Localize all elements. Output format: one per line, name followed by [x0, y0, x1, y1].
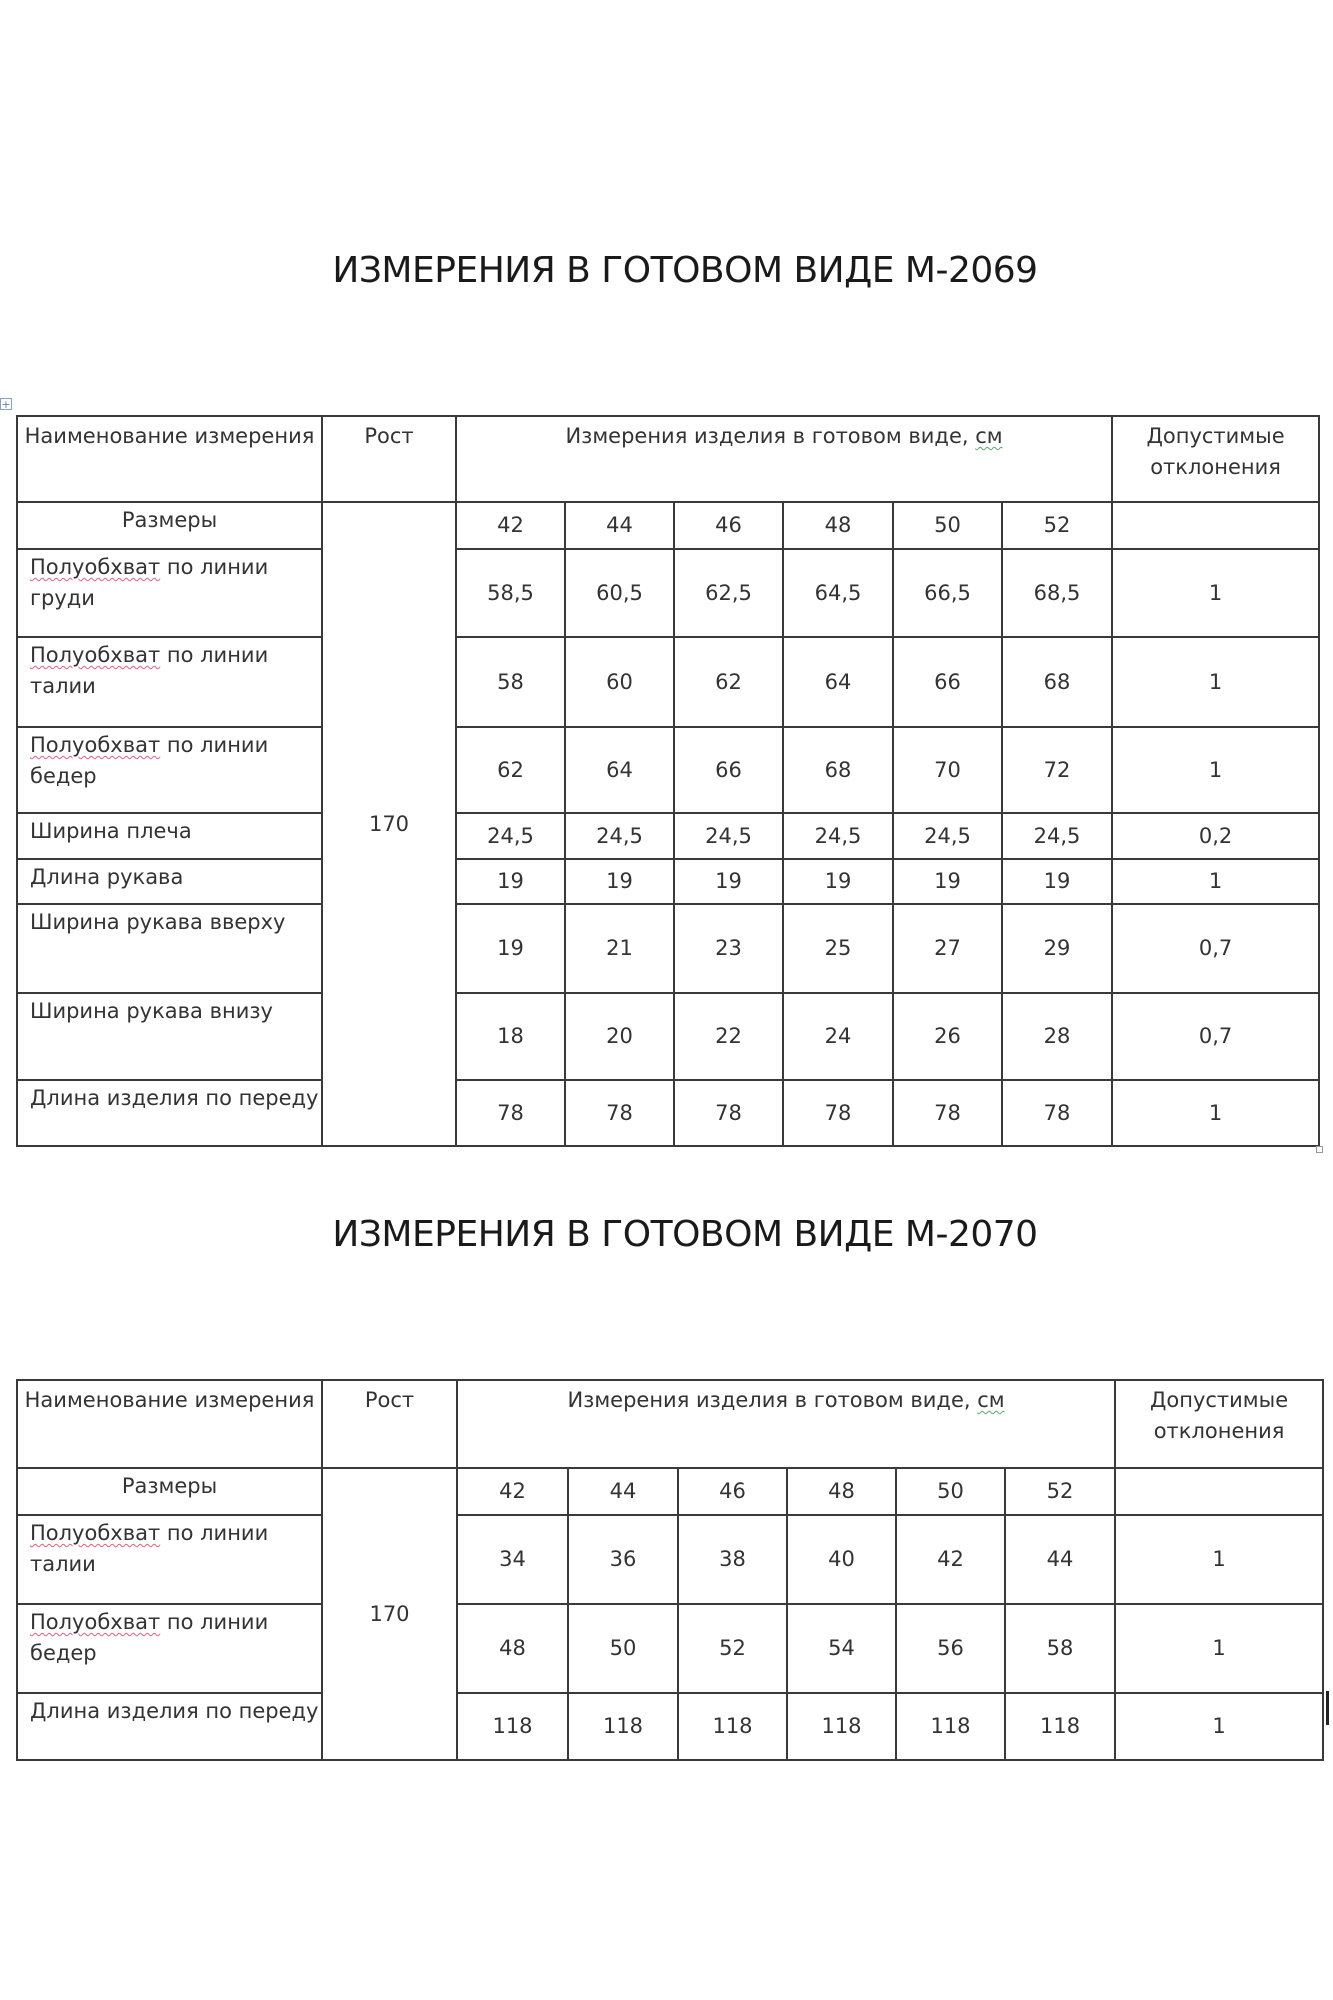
measurement-name: Полуобхват по линии талии: [17, 637, 322, 727]
value-cell: 64: [783, 637, 893, 727]
measurement-name: Полуобхват по линии бедер: [17, 1604, 322, 1693]
value-cell: 27: [893, 904, 1002, 993]
value-cell: 22: [674, 993, 783, 1080]
text-cursor: [1326, 1691, 1329, 1725]
measurement-name-text: Длина изделия по переду: [30, 1086, 318, 1110]
value-cell: 58: [456, 637, 565, 727]
table-row: Ширина рукава внизу1820222426280,7: [17, 993, 1319, 1080]
size-cell: 46: [678, 1468, 787, 1515]
table-row: Полуобхват по линии талии3436384042441: [17, 1515, 1323, 1604]
measurement-name-spellcheck: Полуобхват: [30, 555, 160, 579]
tolerance-cell: 0,7: [1112, 993, 1319, 1080]
header-measurement-name: Наименование измерения: [17, 1380, 322, 1468]
height-value: 170: [322, 1468, 457, 1760]
value-cell: 78: [1002, 1080, 1112, 1146]
value-cell: 24,5: [893, 813, 1002, 859]
header-measurements: Измерения изделия в готовом виде, см: [457, 1380, 1115, 1468]
value-cell: 70: [893, 727, 1002, 813]
height-value: 170: [322, 502, 456, 1146]
value-cell: 19: [565, 859, 674, 904]
value-cell: 66: [893, 637, 1002, 727]
size-cell: 42: [456, 502, 565, 549]
tolerance-empty: [1112, 502, 1319, 549]
size-table: Наименование измеренияРостИзмерения изде…: [16, 415, 1320, 1147]
measurement-name: Полуобхват по линии талии: [17, 1515, 322, 1604]
value-cell: 24,5: [565, 813, 674, 859]
value-cell: 18: [456, 993, 565, 1080]
table-row: Ширина рукава вверху1921232527290,7: [17, 904, 1319, 993]
tolerance-cell: 1: [1112, 637, 1319, 727]
tolerance-cell: 1: [1115, 1693, 1323, 1760]
value-cell: 118: [457, 1693, 568, 1760]
measurement-name: Ширина плеча: [17, 813, 322, 859]
value-cell: 66,5: [893, 549, 1002, 637]
sizes-row: Размеры170424446485052: [17, 502, 1319, 549]
tolerance-cell: 1: [1112, 1080, 1319, 1146]
value-cell: 62: [674, 637, 783, 727]
table-row: Полуобхват по линии талии5860626466681: [17, 637, 1319, 727]
measurement-name-spellcheck: Полуобхват: [30, 733, 160, 757]
table-row: Длина изделия по переду7878787878781: [17, 1080, 1319, 1146]
header-unit: см: [975, 424, 1002, 448]
value-cell: 60,5: [565, 549, 674, 637]
value-cell: 19: [456, 859, 565, 904]
sizes-row: Размеры170424446485052: [17, 1468, 1323, 1515]
header-tolerance: Допустимые отклонения: [1115, 1380, 1323, 1468]
value-cell: 60: [565, 637, 674, 727]
value-cell: 29: [1002, 904, 1112, 993]
value-cell: 19: [783, 859, 893, 904]
value-cell: 24,5: [456, 813, 565, 859]
value-cell: 19: [893, 859, 1002, 904]
size-cell: 48: [787, 1468, 896, 1515]
value-cell: 19: [456, 904, 565, 993]
table-move-handle-icon[interactable]: +: [0, 398, 12, 410]
size-cell: 44: [568, 1468, 678, 1515]
size-cell: 52: [1005, 1468, 1115, 1515]
value-cell: 58,5: [456, 549, 565, 637]
value-cell: 52: [678, 1604, 787, 1693]
value-cell: 44: [1005, 1515, 1115, 1604]
value-cell: 118: [1005, 1693, 1115, 1760]
table-row: Длина рукава1919191919191: [17, 859, 1319, 904]
header-unit: см: [977, 1388, 1004, 1412]
value-cell: 118: [787, 1693, 896, 1760]
value-cell: 78: [783, 1080, 893, 1146]
value-cell: 62: [456, 727, 565, 813]
measurement-name-text: Ширина рукава внизу: [30, 999, 273, 1023]
value-cell: 66: [674, 727, 783, 813]
table-row: Длина изделия по переду11811811811811811…: [17, 1693, 1323, 1760]
measurement-name: Ширина рукава внизу: [17, 993, 322, 1080]
value-cell: 42: [896, 1515, 1005, 1604]
measurement-name-text: Длина изделия по переду: [30, 1699, 318, 1723]
value-cell: 118: [896, 1693, 1005, 1760]
value-cell: 24,5: [783, 813, 893, 859]
value-cell: 78: [456, 1080, 565, 1146]
value-cell: 48: [457, 1604, 568, 1693]
page-title-m2070: ИЗМЕРЕНИЯ В ГОТОВОМ ВИДЕ М-2070: [0, 1214, 1333, 1255]
table-row: Полуобхват по линии бедер4850525456581: [17, 1604, 1323, 1693]
header-height: Рост: [322, 416, 456, 502]
measurement-name: Полуобхват по линии бедер: [17, 727, 322, 813]
size-cell: 42: [457, 1468, 568, 1515]
value-cell: 24: [783, 993, 893, 1080]
value-cell: 62,5: [674, 549, 783, 637]
tolerance-cell: 1: [1112, 549, 1319, 637]
header-tolerance: Допустимые отклонения: [1112, 416, 1319, 502]
measurement-name-spellcheck: Полуобхват: [30, 1610, 160, 1634]
tolerance-empty: [1115, 1468, 1323, 1515]
size-table: Наименование измеренияРостИзмерения изде…: [16, 1379, 1324, 1761]
tolerance-cell: 1: [1115, 1515, 1323, 1604]
value-cell: 68,5: [1002, 549, 1112, 637]
measurement-name-text: Ширина рукава вверху: [30, 910, 285, 934]
sizes-label: Размеры: [17, 1468, 322, 1515]
value-cell: 38: [678, 1515, 787, 1604]
size-cell: 52: [1002, 502, 1112, 549]
value-cell: 50: [568, 1604, 678, 1693]
value-cell: 72: [1002, 727, 1112, 813]
value-cell: 24,5: [674, 813, 783, 859]
measurement-name-spellcheck: Полуобхват: [30, 1521, 160, 1545]
value-cell: 68: [1002, 637, 1112, 727]
measurement-name: Длина рукава: [17, 859, 322, 904]
value-cell: 24,5: [1002, 813, 1112, 859]
tolerance-cell: 1: [1112, 727, 1319, 813]
header-row: Наименование измеренияРостИзмерения изде…: [17, 1380, 1323, 1468]
value-cell: 25: [783, 904, 893, 993]
value-cell: 20: [565, 993, 674, 1080]
value-cell: 58: [1005, 1604, 1115, 1693]
size-cell: 48: [783, 502, 893, 549]
value-cell: 78: [893, 1080, 1002, 1146]
measurement-name: Длина изделия по переду: [17, 1693, 322, 1760]
value-cell: 118: [678, 1693, 787, 1760]
header-measurements-text: Измерения изделия в готовом виде,: [565, 424, 975, 448]
tolerance-cell: 0,2: [1112, 813, 1319, 859]
value-cell: 118: [568, 1693, 678, 1760]
sizes-label: Размеры: [17, 502, 322, 549]
value-cell: 23: [674, 904, 783, 993]
measurement-name: Полуобхват по линии груди: [17, 549, 322, 637]
value-cell: 26: [893, 993, 1002, 1080]
measurement-name-text: Длина рукава: [30, 865, 183, 889]
value-cell: 54: [787, 1604, 896, 1693]
size-cell: 44: [565, 502, 674, 549]
value-cell: 40: [787, 1515, 896, 1604]
header-row: Наименование измеренияРостИзмерения изде…: [17, 416, 1319, 502]
value-cell: 21: [565, 904, 674, 993]
size-cell: 50: [896, 1468, 1005, 1515]
tolerance-cell: 1: [1112, 859, 1319, 904]
table-row: Полуобхват по линии груди58,560,562,564,…: [17, 549, 1319, 637]
size-cell: 50: [893, 502, 1002, 549]
value-cell: 28: [1002, 993, 1112, 1080]
measurement-name-spellcheck: Полуобхват: [30, 643, 160, 667]
value-cell: 78: [674, 1080, 783, 1146]
value-cell: 56: [896, 1604, 1005, 1693]
table-row: Полуобхват по линии бедер6264666870721: [17, 727, 1319, 813]
header-measurements-text: Измерения изделия в готовом виде,: [567, 1388, 977, 1412]
value-cell: 64,5: [783, 549, 893, 637]
measurement-name: Длина изделия по переду: [17, 1080, 322, 1146]
header-measurement-name: Наименование измерения: [17, 416, 322, 502]
table-resize-handle-icon[interactable]: [1316, 1146, 1323, 1153]
value-cell: 34: [457, 1515, 568, 1604]
value-cell: 78: [565, 1080, 674, 1146]
header-height: Рост: [322, 1380, 457, 1468]
value-cell: 19: [1002, 859, 1112, 904]
page-title-m2069: ИЗМЕРЕНИЯ В ГОТОВОМ ВИДЕ М-2069: [0, 250, 1333, 291]
header-measurements: Измерения изделия в готовом виде, см: [456, 416, 1112, 502]
value-cell: 36: [568, 1515, 678, 1604]
size-cell: 46: [674, 502, 783, 549]
table-row: Ширина плеча24,524,524,524,524,524,50,2: [17, 813, 1319, 859]
tolerance-cell: 1: [1115, 1604, 1323, 1693]
tolerance-cell: 0,7: [1112, 904, 1319, 993]
measurement-name: Ширина рукава вверху: [17, 904, 322, 993]
value-cell: 19: [674, 859, 783, 904]
value-cell: 64: [565, 727, 674, 813]
measurement-name-text: Ширина плеча: [30, 819, 192, 843]
value-cell: 68: [783, 727, 893, 813]
